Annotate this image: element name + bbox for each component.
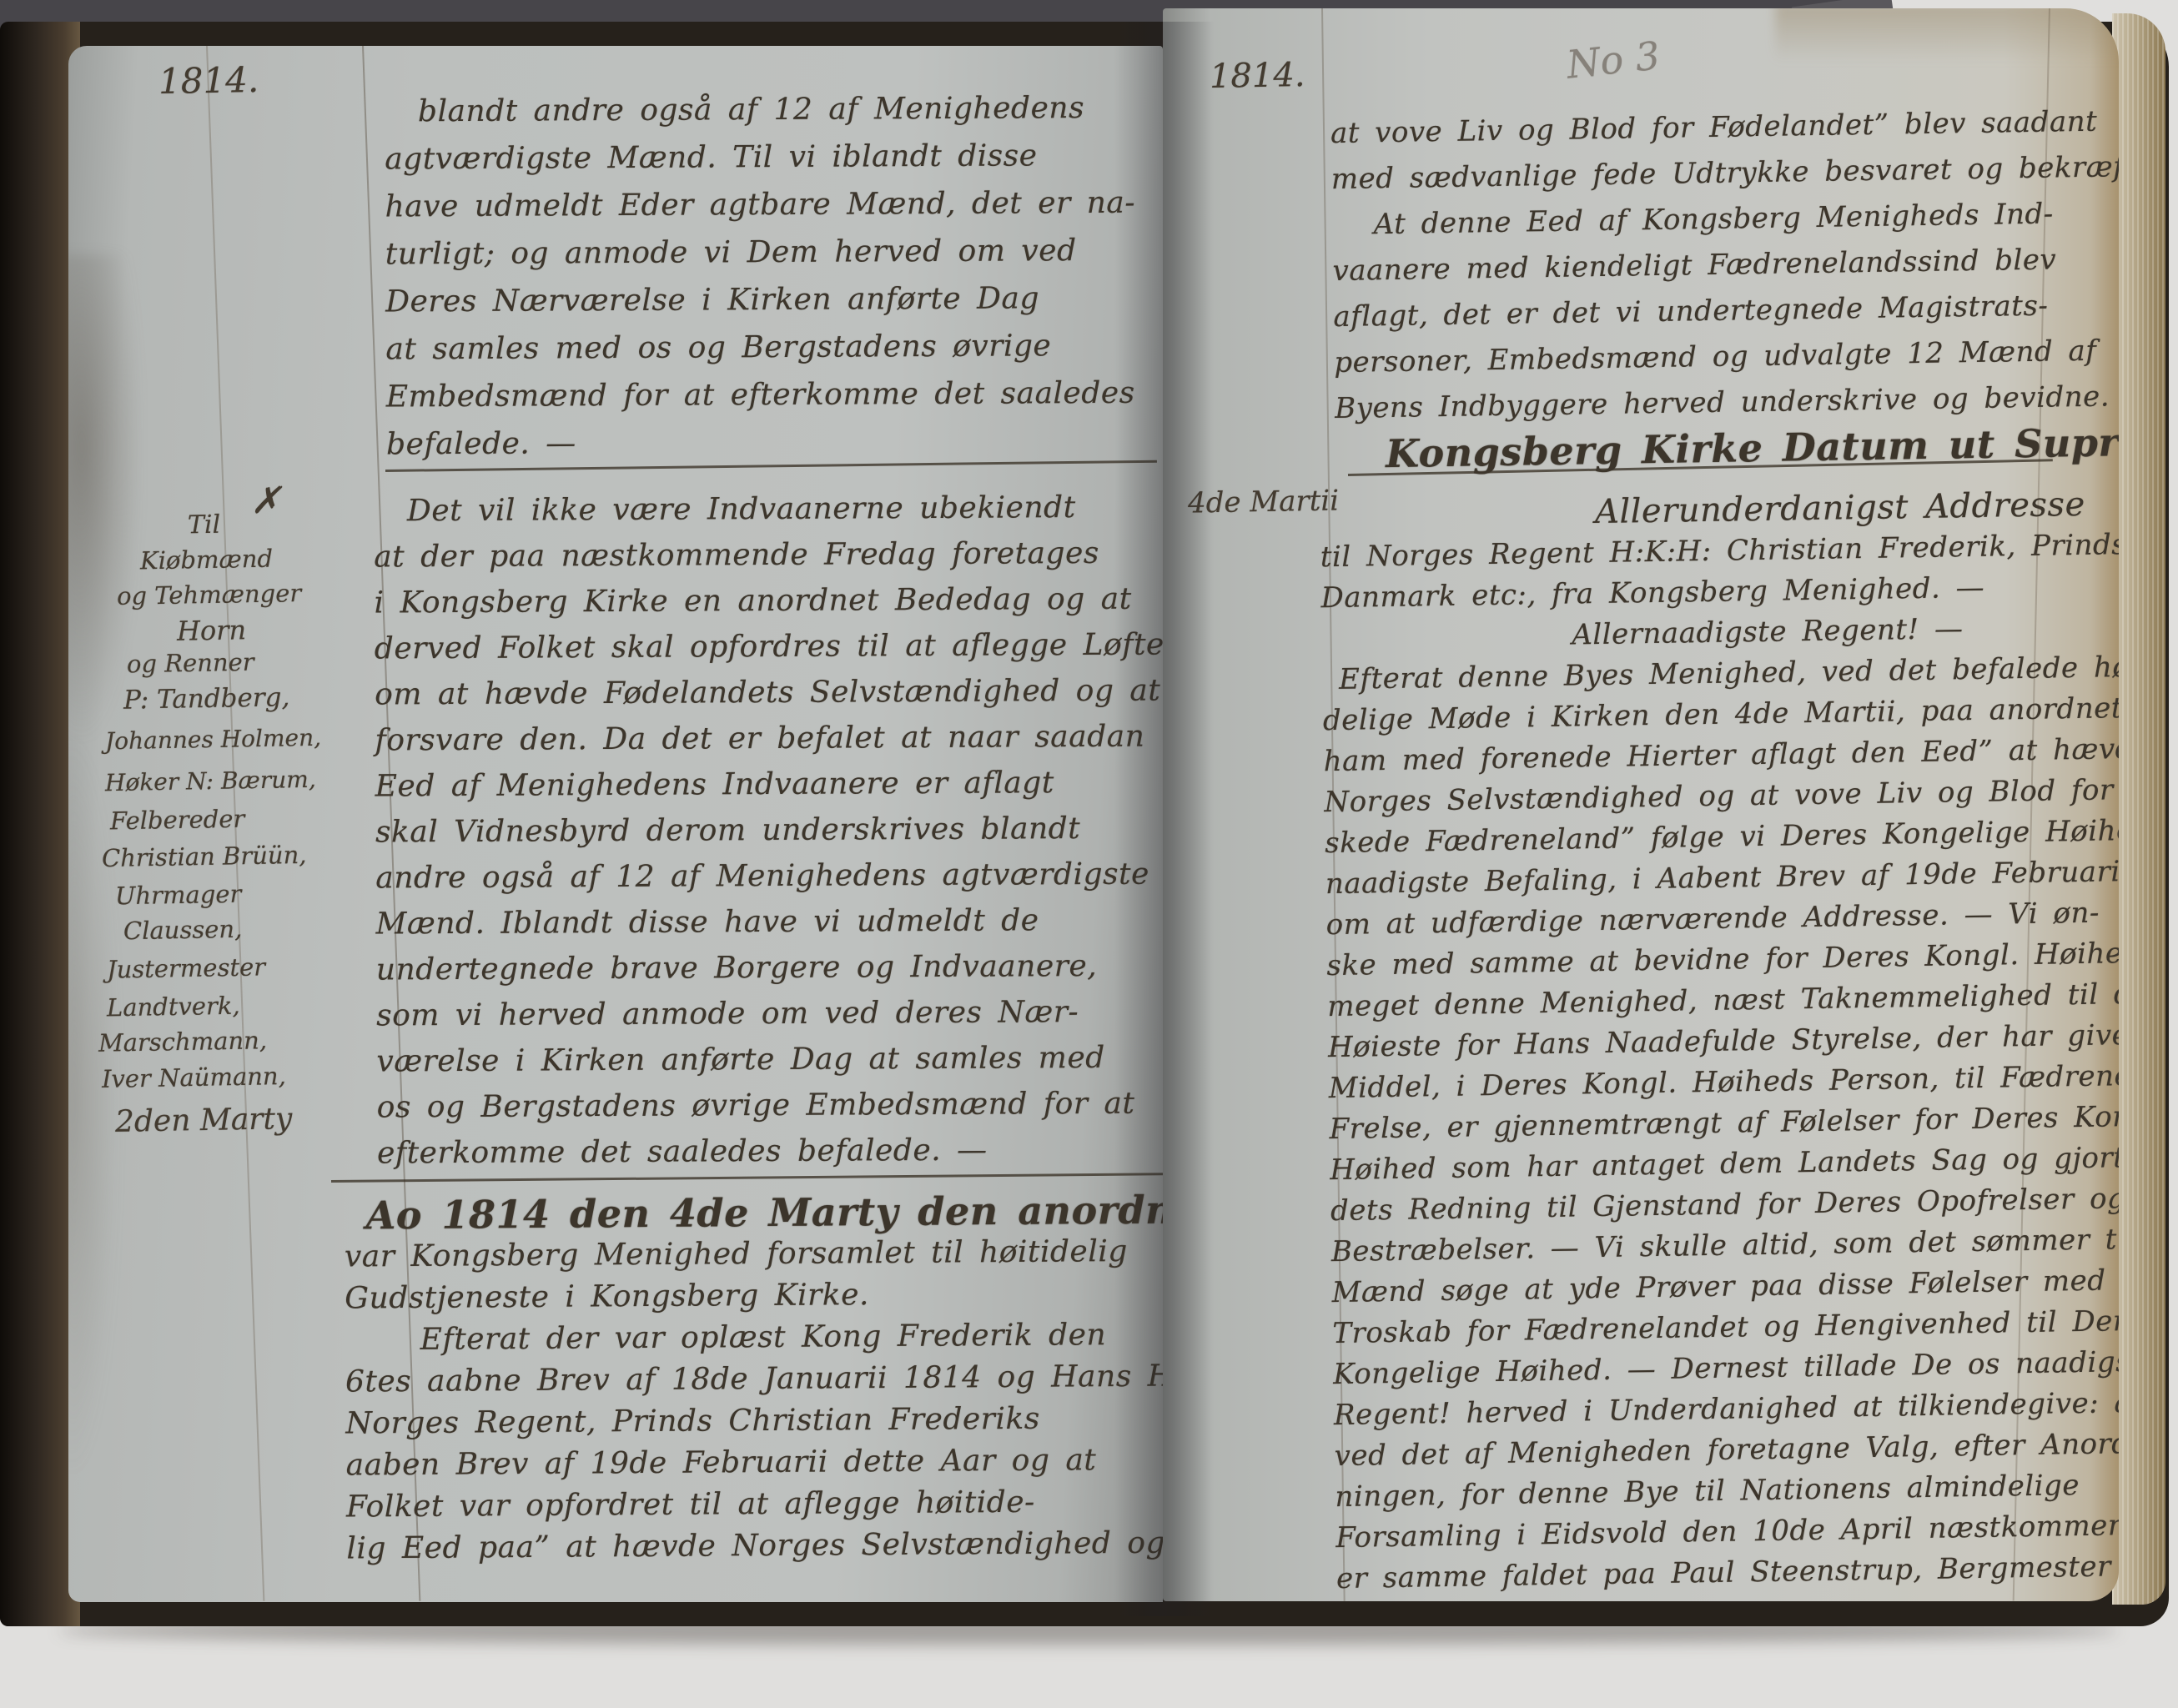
manuscript-line: i Kongsberg Kirke en anordnet Bededag og… [374, 576, 1163, 626]
margin-note: Høker N: Bærum, [105, 766, 316, 796]
pencil-page-number: No 3 [1564, 33, 1662, 87]
margin-note: og Tehmænger [117, 579, 302, 610]
margin-note: ✗ [250, 480, 282, 523]
manuscript-line: os og Bergstadens øvrige Embedsmænd for … [377, 1081, 1163, 1131]
text-block: Det vil ikke være Indvaanerne ubekiendta… [374, 485, 1163, 1177]
manuscript-line: lig Eed paa” at hævde Norges Selvstændig… [346, 1522, 1163, 1570]
manuscript-line: derved Folket skal opfordres til at afle… [375, 622, 1163, 672]
margin-note: og Renner [127, 648, 254, 679]
manuscript-line: Gudstjeneste i Kongsberg Kirke. [345, 1272, 1163, 1319]
manuscript-line: agtværdigste Mænd. Til vi iblandt disse [385, 132, 1163, 183]
manuscript-line: Efterat der var oplæst Kong Frederik den [345, 1314, 1163, 1361]
manuscript-line: Det vil ikke være Indvaanerne ubekiendt [374, 485, 1163, 535]
manuscript-line: blandt andre også af 12 af Menighedens [385, 84, 1163, 136]
photograph-of-open-protocol-book: blandt andre også af 12 af Menighedensag… [0, 0, 2178, 1708]
margin-note: 2den Marty [115, 1102, 293, 1139]
manuscript-line: skal Vidnesbyrd derom underskrives bland… [375, 806, 1163, 856]
manuscript-line: forsvare den. Da det er befalet at naar … [375, 714, 1163, 764]
margin-note: Johannes Holmen, [105, 724, 322, 756]
manuscript-line: om at hævde Fødelandets Selvstændighed o… [375, 668, 1163, 718]
margin-note: Uhrmager [115, 880, 242, 911]
text-block: at vove Liv og Blod for Fødelandet” blev… [1330, 99, 2087, 478]
manuscript-line: befalede. — [386, 417, 1163, 469]
manuscript-line: Mænd. Iblandt disse have vi udmeldt de [375, 897, 1163, 947]
manuscript-line: undertegnede brave Borgere og Indvaanere… [376, 943, 1163, 993]
margin-note: Kiøbmænd [140, 545, 274, 575]
manuscript-line: efterkomme det saaledes befalede. — [377, 1127, 1163, 1177]
manuscript-line: at samles med os og Bergstadens øvrige [385, 322, 1163, 374]
margin-note: Claussen, [123, 915, 243, 945]
manuscript-line: Norges Regent, Prinds Christian Frederik… [345, 1397, 1163, 1444]
manuscript-line: aaben Brev af 19de Februarii dette Aar o… [346, 1439, 1163, 1486]
margin-note: Marschmann, [98, 1026, 268, 1057]
manuscript-line: var Kongsberg Menighed forsamlet til høi… [345, 1230, 1163, 1278]
margin-note: P: Tandberg, [123, 682, 290, 715]
margin-note: Horn [177, 614, 247, 646]
manuscript-line: værelse i Kirken anførte Dag at samles m… [376, 1035, 1163, 1085]
manuscript-line: som vi herved anmode om ved deres Nær- [376, 989, 1163, 1039]
right-page: No 3 at vove Liv og Blod for Fødelandet”… [1163, 8, 2119, 1601]
text-block: Allerunderdanigst Addressetil Norges Reg… [1320, 485, 2096, 1600]
manuscript-line: Embedsmænd for at efterkomme det saalede… [386, 369, 1163, 421]
manuscript-line: have udmeldt Eder agtbare Mænd, det er n… [385, 179, 1163, 231]
manuscript-line: Folket var opfordret til at aflegge høit… [346, 1480, 1163, 1528]
manuscript-line: andre også af 12 af Menighedens agtværdi… [375, 851, 1163, 902]
text-block: blandt andre også af 12 af Menighedensag… [385, 84, 1163, 469]
margin-note: Justermester [107, 952, 266, 983]
margin-note: Christian Brüün, [102, 841, 307, 872]
margin-note: Iver Naümann, [102, 1062, 286, 1093]
book-gutter-shadow [1114, 22, 1215, 1616]
manuscript-line: Eed af Menighedens Indvaanere er aflagt [375, 760, 1163, 810]
text-block: Ao 1814 den 4de Marty den anordnede Bede… [344, 1188, 1163, 1570]
margin-note: Til [188, 510, 221, 540]
margin-note: Landtverk, [107, 992, 240, 1022]
manuscript-line: turligt; og anmode vi Dem herved om ved [385, 227, 1163, 279]
paper-stain [1775, 8, 2119, 62]
margin-note: 1814. [158, 59, 259, 102]
manuscript-line: 6tes aabne Brev af 18de Januarii 1814 og… [345, 1355, 1163, 1403]
book-fore-edge-pages [2112, 13, 2165, 1605]
margin-note: 1814. [1210, 56, 1305, 96]
manuscript-line: Deres Nærværelse i Kirken anførte Dag [385, 274, 1163, 326]
left-page: blandt andre også af 12 af Menighedensag… [68, 46, 1163, 1602]
margin-note: Felbereder [110, 805, 245, 836]
manuscript-line: at der paa næstkommende Fredag foretages [374, 530, 1163, 580]
manuscript-line: Ao 1814 den 4de Marty den anordnede Bede… [344, 1188, 1163, 1236]
paper-stain [68, 730, 118, 1480]
